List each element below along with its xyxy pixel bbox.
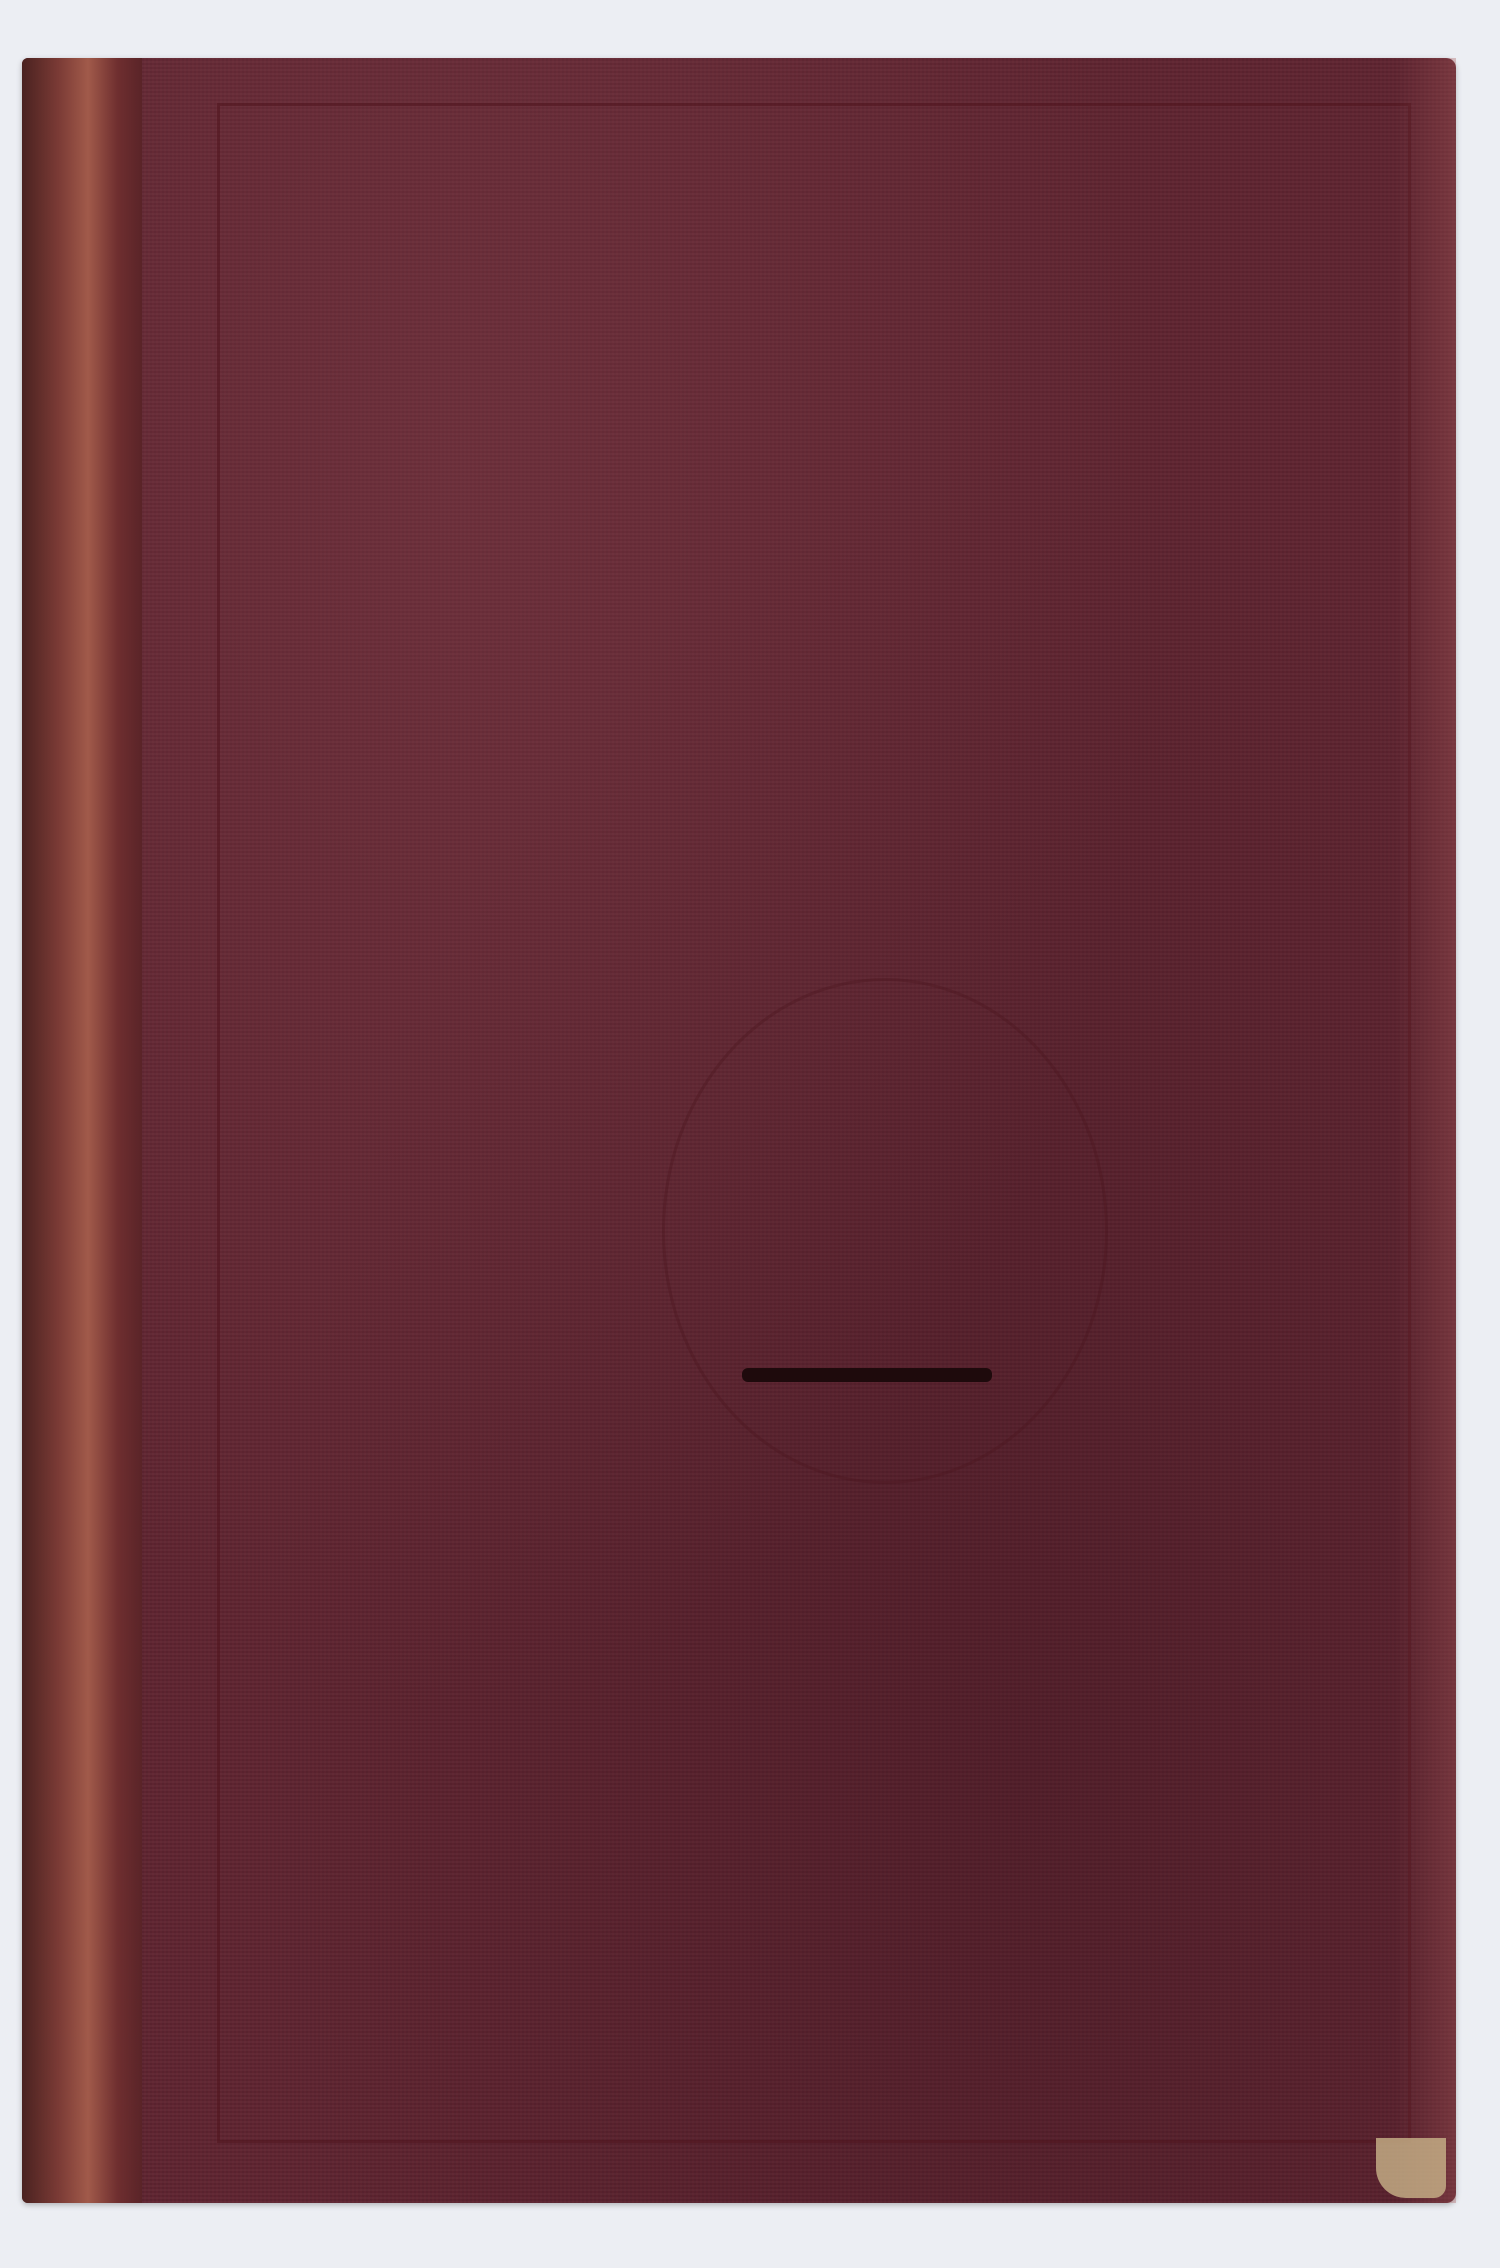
book-spine (22, 58, 142, 2203)
worn-corner (1376, 2138, 1446, 2198)
dark-stain-mark (742, 1368, 992, 1382)
worn-edge (1396, 58, 1456, 2203)
embossed-medallion (662, 978, 1108, 1484)
book-cover (22, 58, 1456, 2203)
